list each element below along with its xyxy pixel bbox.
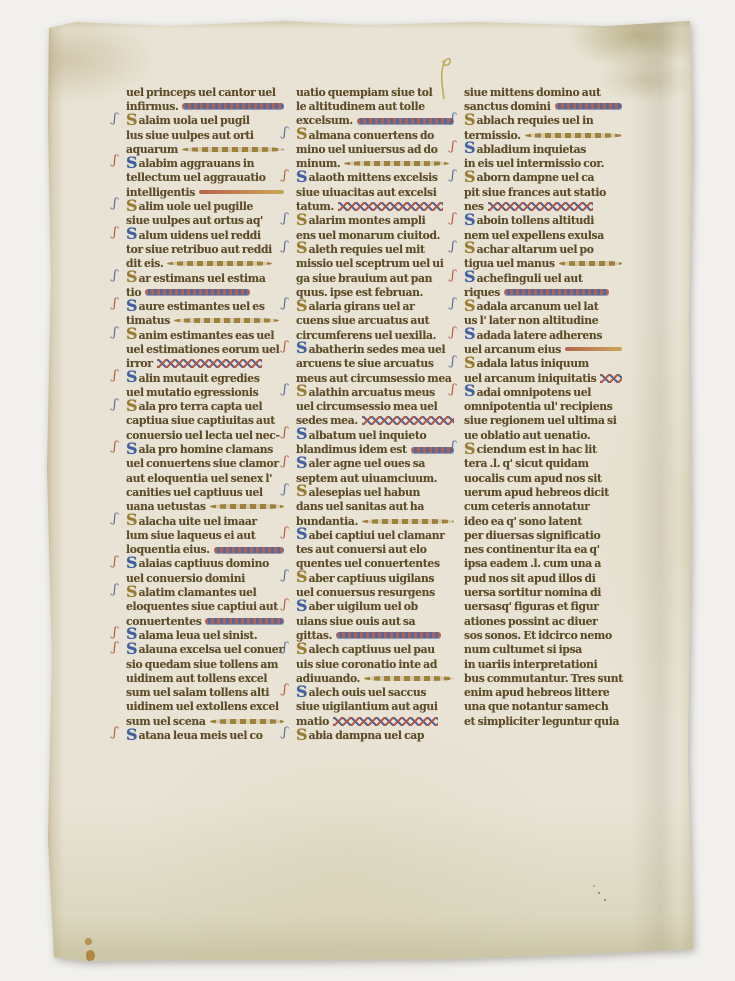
line-text: siue regionem uel ultima si <box>464 414 617 427</box>
decorated-initial: S <box>296 730 308 740</box>
line-text: ga siue brauium aut pan <box>296 272 432 285</box>
line-text: lus siue uulpes aut orti <box>126 129 254 142</box>
line-text: achefinguli uel aut <box>477 272 583 285</box>
line-text: adala latus iniquum <box>477 357 589 370</box>
text-line: ʃSaber captiuus uigilans <box>296 571 456 585</box>
line-text: anim estimantes eas uel <box>139 329 275 342</box>
text-line: ʃSaler agne uel oues sa <box>296 457 456 471</box>
line-filler-ornament <box>357 118 454 124</box>
text-line: le altitudinem aut tolle <box>296 99 456 113</box>
line-text: alaoth mittens excelsis <box>309 171 438 184</box>
line-text: alarim montes ampli <box>309 214 426 227</box>
text-line: intelligentis <box>126 185 286 199</box>
line-text: ala pro terra capta uel <box>139 400 263 413</box>
text-line: circumferens uel uexilla. <box>296 328 456 342</box>
text-line: et simpliciter leguntur quia <box>464 714 624 728</box>
line-text: albatum uel inquieto <box>309 429 427 442</box>
line-text: alum uidens uel reddi <box>139 229 261 242</box>
text-line: sedes mea. <box>296 414 456 428</box>
decorated-initial: S <box>296 601 308 611</box>
line-text: quus. ipse est februan. <box>296 286 423 299</box>
text-line: uel princeps uel cantor uel <box>126 85 286 99</box>
text-line: uel conuertens siue clamor <box>126 457 286 471</box>
line-text: tor siue retribuo aut reddi <box>126 243 272 256</box>
line-filler-ornament <box>210 719 284 724</box>
line-filler-ornament <box>182 147 284 152</box>
line-text: tigua uel manus <box>464 257 555 270</box>
line-text: adada latere adherens <box>477 329 603 342</box>
line-text: pit siue frances aut statio <box>464 186 606 199</box>
decorated-initial: S <box>126 229 138 239</box>
text-line: tio <box>126 285 286 299</box>
line-text: canities uel captiuus uel <box>126 486 263 499</box>
line-filler-ornament <box>364 676 454 681</box>
text-line: sum uel scena <box>126 714 286 728</box>
line-text: uis siue coronatio inte ad <box>296 658 437 671</box>
line-filler-ornament <box>333 717 438 726</box>
line-text: aber captiuus uigilans <box>309 572 435 585</box>
line-text: blandimus idem est <box>296 443 407 456</box>
line-filler-ornament <box>525 133 622 138</box>
photo-backdrop: uel princeps uel cantor uelinfirmus.ʃSal… <box>0 0 735 981</box>
line-filler-ornament <box>182 103 284 109</box>
line-text: ideo ea q' sono latent <box>464 515 582 528</box>
text-line: siue uiuacitas aut excelsi <box>296 185 456 199</box>
line-text: uel conuertens siue clamor <box>126 457 279 470</box>
line-text: uersa sortitur nomina di <box>464 586 601 599</box>
decorated-initial: S <box>464 301 476 311</box>
text-line: quus. ipse est februan. <box>296 285 456 299</box>
line-text: uel estimationes eorum uel <box>126 343 279 356</box>
text-line: blandimus idem est <box>296 442 456 456</box>
line-text: enim apud hebreos littere <box>464 686 609 699</box>
text-line: minum. <box>296 156 456 170</box>
text-line: ʃSabei captiui uel clamanr <box>296 528 456 542</box>
text-line: uidinem aut tollens excel <box>126 671 286 685</box>
line-filler-ornament <box>565 347 622 351</box>
text-line: ʃSalama leua uel sinist. <box>126 628 286 642</box>
text-line: ʃSalmana conuertens do <box>296 128 456 142</box>
text-line: per diuersas significatio <box>464 528 624 542</box>
line-text: uel conuersio domini <box>126 572 245 585</box>
line-text: uel conuersus resurgens <box>296 586 435 599</box>
line-filler-ornament <box>559 261 622 266</box>
line-text: uersasq' figuras et figur <box>464 600 599 613</box>
line-text: siue uulpes aut ortus aq' <box>126 214 263 227</box>
line-filler-ornament <box>362 519 454 524</box>
text-line: ʃSaborn dampne uel ca <box>464 171 624 185</box>
text-line: ʃSaber uigilum uel ob <box>296 600 456 614</box>
decorated-initial: S <box>296 343 308 353</box>
text-line: ʃSalaoth mittens excelsis <box>296 171 456 185</box>
decorated-initial: S <box>126 558 138 568</box>
text-line: meus aut circumsessio mea <box>296 371 456 385</box>
line-text: siue uigilantium aut agui <box>296 700 438 713</box>
decorated-initial: S <box>296 429 308 439</box>
text-line: sum uel salam tollens alti <box>126 685 286 699</box>
text-line: ʃSabatherin sedes mea uel <box>296 342 456 356</box>
line-text: nem uel expellens exulsa <box>464 229 604 242</box>
text-line: ʃSadala arcanum uel lat <box>464 299 624 313</box>
stain-spot <box>86 950 95 961</box>
line-filler-ornament <box>411 447 454 453</box>
line-text: in eis uel intermissio cor. <box>464 157 604 170</box>
line-text: achar altarum uel po <box>477 243 594 256</box>
manuscript-leaf: uel princeps uel cantor uelinfirmus.ʃSal… <box>46 19 694 962</box>
line-text: ar estimans uel estima <box>139 272 266 285</box>
text-line: ʃSalim uole uel pugille <box>126 199 286 213</box>
line-text: ue oblatio aut uenatio. <box>464 429 590 442</box>
text-line: infirmus. <box>126 99 286 113</box>
line-text: sos sonos. Et idcirco nemo <box>464 629 612 642</box>
text-line: ʃSalbatum uel inquieto <box>296 428 456 442</box>
text-line: uel arcanum iniquitatis <box>464 371 624 385</box>
decorated-initial: S <box>296 687 308 697</box>
line-text: atana leua meis uel co <box>139 729 263 742</box>
text-line: ʃSadai omnipotens uel <box>464 385 624 399</box>
ink-speck <box>593 885 595 887</box>
text-line: ʃSatana leua meis uel co <box>126 728 286 742</box>
line-text: alaim uola uel pugil <box>139 114 250 127</box>
line-filler-ornament <box>338 202 443 211</box>
text-line: tera .l. q' sicut quidam <box>464 457 624 471</box>
text-line: ʃSar estimans uel estima <box>126 271 286 285</box>
line-text: almana conuertens do <box>309 129 434 142</box>
text-line: ationes possint ac diuer <box>464 614 624 628</box>
text-line: bus commutantur. Tres sunt <box>464 671 624 685</box>
decorated-initial: S <box>126 115 138 125</box>
line-text: missio uel sceptrum uel ui <box>296 257 444 270</box>
text-line: ʃSalathin arcuatus meus <box>296 385 456 399</box>
text-line: ʃSaure estimantes uel es <box>126 299 286 313</box>
line-text: tellectum uel aggrauatio <box>126 171 266 184</box>
line-filler-ornament <box>555 103 622 109</box>
decorated-initial: S <box>464 329 476 339</box>
ink-speck <box>598 892 600 894</box>
decorated-initial: S <box>464 358 476 368</box>
decorated-initial: S <box>296 486 308 496</box>
text-line: tor siue retribuo aut reddi <box>126 242 286 256</box>
text-line: uana uetustas <box>126 500 286 514</box>
text-line: eloquentes siue captiui aut <box>126 600 286 614</box>
decorated-initial: S <box>464 386 476 396</box>
line-text: alesepias uel habun <box>309 486 420 499</box>
line-text: abladium inquietas <box>477 143 586 156</box>
text-line: nes <box>464 199 624 213</box>
decorated-initial: S <box>464 272 476 282</box>
line-text: sum uel salam tollens alti <box>126 686 269 699</box>
text-line: uidinem uel extollens excel <box>126 700 286 714</box>
line-text: aut eloquentia uel senex l' <box>126 472 272 485</box>
text-line: dans uel sanitas aut ha <box>296 500 456 514</box>
text-line: ʃSadala latus iniquum <box>464 357 624 371</box>
line-filler-ornament <box>145 289 250 295</box>
line-text: aure estimantes uel es <box>139 300 265 313</box>
decorated-initial: S <box>126 587 138 597</box>
text-line: bundantia. <box>296 514 456 528</box>
line-text: siue uiuacitas aut excelsi <box>296 186 436 199</box>
text-line: una que notantur samech <box>464 700 624 714</box>
vellum-crease <box>631 19 686 962</box>
line-filler-ornament <box>504 289 609 295</box>
text-line: uel estimationes eorum uel <box>126 342 286 356</box>
text-line: sio quedam siue tollens am <box>126 657 286 671</box>
text-line: ipsa eadem .l. cum una a <box>464 557 624 571</box>
line-filler-ornament <box>214 547 284 553</box>
text-line: uerum apud hebreos dicit <box>464 485 624 499</box>
text-line: ʃSalarim montes ampli <box>296 214 456 228</box>
line-filler-ornament <box>210 504 284 509</box>
decorated-initial: S <box>464 143 476 153</box>
decorated-initial: S <box>126 444 138 454</box>
line-text: uerum apud hebreos dicit <box>464 486 609 499</box>
line-text: ala pro homine clamans <box>139 443 273 456</box>
line-text: ipsa eadem .l. cum una a <box>464 557 601 570</box>
decorated-initial: S <box>464 115 476 125</box>
penwork-flourish: ʃ <box>111 582 118 597</box>
line-text: loquentia eius. <box>126 543 210 556</box>
penwork-flourish: ʃ <box>111 110 118 125</box>
text-line: ʃSalech ouis uel saccus <box>296 685 456 699</box>
line-text: captiua siue captiuitas aut <box>126 414 275 427</box>
text-line: ens uel monarum ciuitod. <box>296 228 456 242</box>
text-line: lum siue laqueus ei aut <box>126 528 286 542</box>
decorated-initial: S <box>296 129 308 139</box>
line-text: lum siue laqueus ei aut <box>126 529 255 542</box>
line-text: aleth requies uel mit <box>309 243 425 256</box>
decorated-initial: S <box>126 272 138 282</box>
text-line: uel arcanum eius <box>464 342 624 356</box>
penwork-flourish: ʃ <box>111 196 118 211</box>
decorated-initial: S <box>126 158 138 168</box>
text-column-1: uel princeps uel cantor uelinfirmus.ʃSal… <box>126 85 286 743</box>
text-line: ʃSanim estimantes eas uel <box>126 328 286 342</box>
line-text: uel mutatio egressionis <box>126 386 258 399</box>
text-line: adiuuando. <box>296 671 456 685</box>
text-line: uersasq' figuras et figur <box>464 600 624 614</box>
text-line: excelsum. <box>296 114 456 128</box>
text-line: ʃSalech captiuus uel pau <box>296 643 456 657</box>
text-line: ʃSala pro homine clamans <box>126 442 286 456</box>
line-text: uidinem uel extollens excel <box>126 700 279 713</box>
text-line: sanctus domini <box>464 99 624 113</box>
line-text: per diuersas significatio <box>464 529 600 542</box>
penwork-flourish: ʃ <box>111 625 118 640</box>
penwork-flourish: ʃ <box>111 153 118 168</box>
text-line: sos sonos. Et idcirco nemo <box>464 628 624 642</box>
line-text: alech captiuus uel pau <box>309 643 435 656</box>
line-text: uel arcanum eius <box>464 343 561 356</box>
text-line: conuersio uel lecta uel nec- <box>126 428 286 442</box>
penwork-flourish: ʃ <box>111 554 118 569</box>
line-text: sio quedam siue tollens am <box>126 658 278 671</box>
text-line: captiua siue captiuitas aut <box>126 414 286 428</box>
text-line: ʃSachar altarum uel po <box>464 242 624 256</box>
line-text: conuersio uel lecta uel nec- <box>126 429 280 442</box>
line-text: cum ceteris annotatur <box>464 500 590 513</box>
line-filler-ornament <box>488 202 593 211</box>
penwork-flourish: ʃ <box>111 325 118 340</box>
line-text: circumferens uel uexilla. <box>296 329 436 342</box>
decorated-initial: S <box>126 730 138 740</box>
line-text: uidinem aut tollens excel <box>126 672 267 685</box>
text-line: num cultumet si ipsa <box>464 643 624 657</box>
line-text: alaias captiuus domino <box>139 557 269 570</box>
line-text: uel arcanum iniquitatis <box>464 372 596 385</box>
text-line: missio uel sceptrum uel ui <box>296 257 456 271</box>
line-text: alech ouis uel saccus <box>309 686 427 699</box>
text-line: tatum. <box>296 199 456 213</box>
text-line: ʃSaboin tollens altitudi <box>464 214 624 228</box>
text-line: matio <box>296 714 456 728</box>
text-line: termissio. <box>464 128 624 142</box>
line-text: cuens siue arcuatus aut <box>296 314 429 327</box>
text-line: pit siue frances aut statio <box>464 185 624 199</box>
text-line: dit eis. <box>126 257 286 271</box>
text-line: aquarum <box>126 142 286 156</box>
decorated-initial: S <box>126 515 138 525</box>
decorated-initial: S <box>296 172 308 182</box>
line-filler-ornament <box>167 261 272 266</box>
penwork-flourish: ʃ <box>111 296 118 311</box>
line-text: tes aut conuersi aut elo <box>296 543 427 556</box>
decorated-initial: S <box>296 243 308 253</box>
decorated-initial: S <box>464 444 476 454</box>
text-line: arcuens te siue arcuatus <box>296 357 456 371</box>
line-text: abatherin sedes mea uel <box>309 343 446 356</box>
text-line: uians siue ouis aut sa <box>296 614 456 628</box>
text-line: ʃSalaias captiuus domino <box>126 557 286 571</box>
line-filler-ornament <box>362 416 454 425</box>
text-line: irror <box>126 357 286 371</box>
text-line: ʃSalesepias uel habun <box>296 485 456 499</box>
line-text: meus aut circumsessio mea <box>296 372 452 385</box>
line-text: aborn dampne uel ca <box>477 171 595 184</box>
line-text: alacha uite uel imaar <box>139 515 257 528</box>
decorated-initial: S <box>464 172 476 182</box>
decorated-initial: S <box>126 301 138 311</box>
decorated-initial: S <box>296 458 308 468</box>
line-text: ationes possint ac diuer <box>464 615 597 628</box>
text-line: ue oblatio aut uenatio. <box>464 428 624 442</box>
penwork-flourish: ʃ <box>111 225 118 240</box>
line-text: una que notantur samech <box>464 700 608 713</box>
text-line: ga siue brauium aut pan <box>296 271 456 285</box>
decorated-initial: S <box>296 386 308 396</box>
penwork-flourish: ʃ <box>111 639 118 654</box>
line-filler-ornament <box>600 374 622 383</box>
line-text: alaria girans uel ar <box>309 300 415 313</box>
text-line: ʃSalin mutauit egredies <box>126 371 286 385</box>
text-line: ʃSachefinguli uel aut <box>464 271 624 285</box>
text-line: tigua uel manus <box>464 257 624 271</box>
line-text: alathin arcuatus meus <box>309 386 435 399</box>
text-line: tellectum uel aggrauatio <box>126 171 286 185</box>
text-line: ʃSablach requies uel in <box>464 114 624 128</box>
line-text: aber uigilum uel ob <box>309 600 418 613</box>
text-line: septem aut uiuamciuum. <box>296 471 456 485</box>
text-line: uel conuersio domini <box>126 571 286 585</box>
text-line: ʃSalacha uite uel imaar <box>126 514 286 528</box>
penwork-flourish: ʃ <box>111 439 118 454</box>
decorated-initial: S <box>126 201 138 211</box>
line-text: us l' later non altitudine <box>464 314 598 327</box>
line-text: eloquentes siue captiui aut <box>126 600 278 613</box>
penwork-flourish: ʃ <box>111 396 118 411</box>
line-text: tera .l. q' sicut quidam <box>464 457 589 470</box>
decorated-initial: S <box>126 329 138 339</box>
line-text: nes continentur ita ea q' <box>464 543 600 556</box>
decorated-initial: S <box>296 644 308 654</box>
line-text: le altitudinem aut tolle <box>296 100 425 113</box>
ink-speck <box>604 899 606 901</box>
line-text: alin mutauit egredies <box>139 372 260 385</box>
line-text: alama leua uel sinist. <box>139 629 258 642</box>
text-line: uocalis cum apud nos sit <box>464 471 624 485</box>
line-filler-ornament <box>336 632 441 638</box>
text-line: gittas. <box>296 628 456 642</box>
decorated-initial: S <box>296 215 308 225</box>
text-line: ʃSalaim uola uel pugil <box>126 114 286 128</box>
decorated-initial: S <box>464 243 476 253</box>
text-line: ʃSala pro terra capta uel <box>126 400 286 414</box>
decorated-initial: S <box>296 301 308 311</box>
decorated-initial: S <box>126 644 138 654</box>
line-text: sanctus domini <box>464 100 551 113</box>
text-line: siue mittens domino aut <box>464 85 624 99</box>
stain-spot <box>85 938 92 945</box>
line-text: aboin tollens altitudi <box>477 214 594 227</box>
text-line: siue regionem uel ultima si <box>464 414 624 428</box>
penwork-flourish: ʃ <box>111 511 118 526</box>
text-line: omnipotentia ul' recipiens <box>464 400 624 414</box>
line-text: pud nos sit apud illos di <box>464 572 595 585</box>
line-text: dans uel sanitas aut ha <box>296 500 424 513</box>
text-line: ʃSalum uidens uel reddi <box>126 228 286 242</box>
text-line: nem uel expellens exulsa <box>464 228 624 242</box>
decorated-initial: S <box>296 572 308 582</box>
text-line: enim apud hebreos littere <box>464 685 624 699</box>
line-text: alatim clamantes uel <box>139 586 257 599</box>
text-column-2: uatio quempiam siue tolle altitudinem au… <box>296 85 456 743</box>
text-line: quentes uel conuertentes <box>296 557 456 571</box>
line-filler-ornament <box>344 161 449 166</box>
text-line: aut eloquentia uel senex l' <box>126 471 286 485</box>
text-line: ʃSabia dampna uel cap <box>296 728 456 742</box>
line-filler-ornament <box>157 359 262 368</box>
text-line: ʃSalauna excelsa uel conuer <box>126 643 286 657</box>
text-line: mino uel uniuersus ad do <box>296 142 456 156</box>
text-line: pud nos sit apud illos di <box>464 571 624 585</box>
text-line: cum ceteris annotatur <box>464 500 624 514</box>
line-text: arcuens te siue arcuatus <box>296 357 434 370</box>
text-line: ʃSalaria girans uel ar <box>296 299 456 313</box>
text-line: uel conuersus resurgens <box>296 585 456 599</box>
decorated-initial: S <box>126 401 138 411</box>
line-filler-ornament <box>205 618 284 624</box>
decorated-initial: S <box>464 215 476 225</box>
text-line: ʃSaleth requies uel mit <box>296 242 456 256</box>
text-line: ʃSadada latere adherens <box>464 328 624 342</box>
line-text: quentes uel conuertentes <box>296 557 440 570</box>
text-line: siue uulpes aut ortus aq' <box>126 214 286 228</box>
line-filler-ornament <box>199 190 284 194</box>
line-text: in uariis interpretationi <box>464 658 597 671</box>
text-line: in uariis interpretationi <box>464 657 624 671</box>
line-filler-ornament <box>174 318 279 323</box>
line-text: omnipotentia ul' recipiens <box>464 400 612 413</box>
line-text: alabim aggrauans in <box>139 157 255 170</box>
